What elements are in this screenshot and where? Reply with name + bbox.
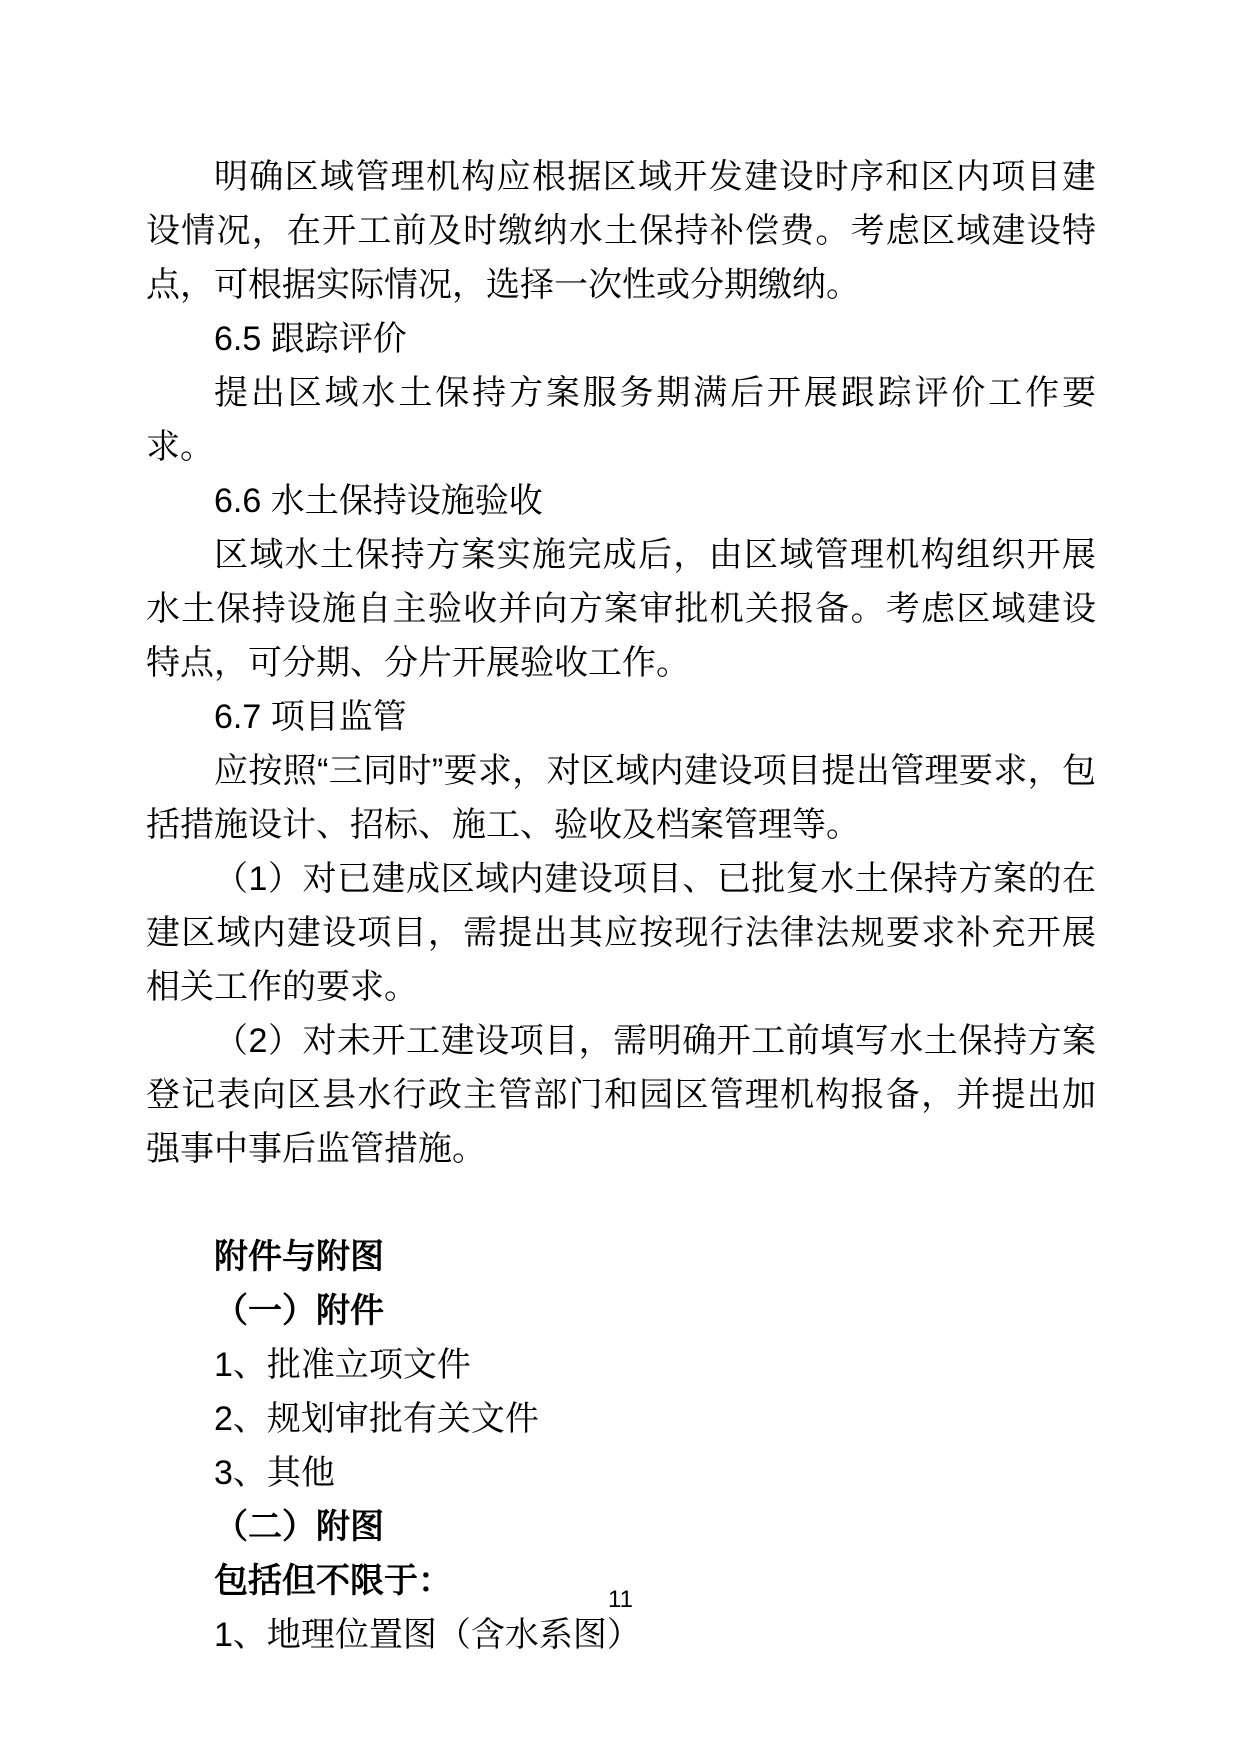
paragraph-unstarted-projects-item-2: （2）对未开工建设项目，需明确开工前填写水土保持方案登记表向区县水行政主管部门和…: [146, 1014, 1096, 1176]
section-heading-6-5: 6.5 跟踪评价: [146, 312, 1096, 366]
page-number: 11: [0, 1585, 1241, 1615]
document-body: 明确区域管理机构应根据区域开发建设时序和区内项目建设情况，在开工前及时缴纳水土保…: [146, 150, 1096, 1662]
paragraph-tracking-evaluation: 提出区域水土保持方案服务期满后开展跟踪评价工作要求。: [146, 366, 1096, 474]
attachment-list-item-3: 3、其他: [146, 1446, 1096, 1500]
document-page: 明确区域管理机构应根据区域开发建设时序和区内项目建设情况，在开工前及时缴纳水土保…: [0, 0, 1241, 1754]
attachment-list-item-1: 1、批准立项文件: [146, 1338, 1096, 1392]
paragraph-supervision-requirements: 应按照“三同时”要求，对区域内建设项目提出管理要求，包括措施设计、招标、施工、验…: [146, 744, 1096, 852]
attachment-list-item-2: 2、规划审批有关文件: [146, 1392, 1096, 1446]
heading-figure-section-2: （二）附图: [146, 1500, 1096, 1554]
section-heading-6-6: 6.6 水土保持设施验收: [146, 474, 1096, 528]
paragraph-compensation-fee: 明确区域管理机构应根据区域开发建设时序和区内项目建设情况，在开工前及时缴纳水土保…: [146, 150, 1096, 312]
paragraph-built-projects-item-1: （1）对已建成区域内建设项目、已批复水土保持方案的在建区域内建设项目，需提出其应…: [146, 852, 1096, 1014]
heading-attachments-and-figures: 附件与附图: [146, 1230, 1096, 1284]
section-heading-6-7: 6.7 项目监管: [146, 690, 1096, 744]
paragraph-facility-acceptance: 区域水土保持方案实施完成后，由区域管理机构组织开展水土保持设施自主验收并向方案审…: [146, 528, 1096, 690]
heading-attachment-section-1: （一）附件: [146, 1284, 1096, 1338]
figure-list-item-1: 1、地理位置图（含水系图）: [146, 1608, 1096, 1662]
